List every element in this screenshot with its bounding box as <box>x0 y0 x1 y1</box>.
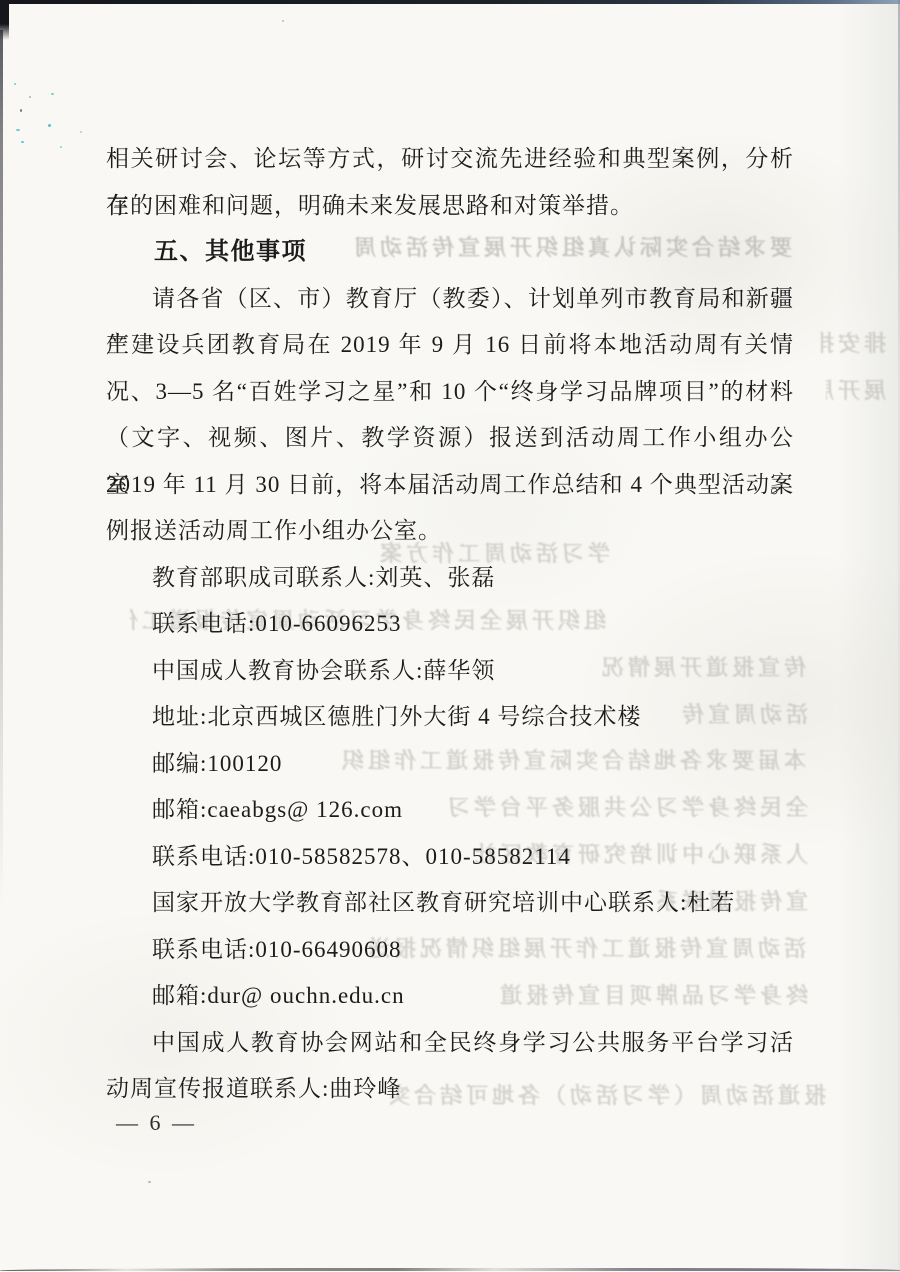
body-line: 请各省（区、市）教育厅（教委）、计划单列市教育局和新疆生 <box>106 276 794 323</box>
scan-left-edge <box>0 30 3 910</box>
body-line: 动周宣传报道联系人:曲玲峰 <box>106 1066 794 1113</box>
scanned-document-page: 要求结合实际认真组织开展宣传活动周 排安排 展开展 学习活动周工作方案 组织开展… <box>0 0 900 1272</box>
body-line: 相关研讨会、论坛等方式，研讨交流先进经验和典型案例，分析存 <box>106 136 794 183</box>
contact-line: 联系电话:010-66490608 <box>106 927 794 974</box>
body-line: 2019 年 11 月 30 日前，将本届活动周工作总结和 4 个典型活动案 <box>106 462 794 509</box>
bleedthrough-text: 展开展 <box>826 377 886 405</box>
body-line: 产建设兵团教育局在 2019 年 9 月 16 日前将本地活动周有关情 <box>106 322 794 369</box>
contact-line: 邮箱:dur@ ouchn.edu.cn <box>106 973 794 1020</box>
contact-line: 地址:北京西城区德胜门外大街 4 号综合技术楼 <box>106 694 794 741</box>
contact-line: 联系电话:010-58582578、010-58582114 <box>106 834 794 881</box>
page-number: — 6 — <box>116 1110 197 1136</box>
bleedthrough-text: 排安排 <box>820 330 886 358</box>
body-line: 例报送活动周工作小组办公室。 <box>106 508 794 555</box>
body-line: 中国成人教育协会网站和全民终身学习公共服务平台学习活 <box>106 1020 794 1067</box>
scan-top-edge <box>0 0 900 4</box>
contact-line: 国家开放大学教育部社区教育研究培训中心联系人:杜若 <box>106 880 794 927</box>
body-line: （文字、视频、图片、教学资源）报送到活动周工作小组办公室。 <box>106 415 794 462</box>
contact-line: 教育部职成司联系人:刘英、张磊 <box>106 555 794 602</box>
contact-line: 邮编:100120 <box>106 741 794 788</box>
contact-line: 中国成人教育协会联系人:薛华领 <box>106 648 794 695</box>
document-body: 相关研讨会、论坛等方式，研讨交流先进经验和典型案例，分析存 在的困难和问题，明确… <box>106 136 794 1113</box>
contact-line: 联系电话:010-66096253 <box>106 601 794 648</box>
body-line: 况、3—5 名“百姓学习之星”和 10 个“终身学习品牌项目”的材料 <box>106 369 794 416</box>
scan-bottom-edge <box>0 1268 900 1271</box>
section-heading: 五、其他事项 <box>106 229 794 276</box>
body-line: 在的困难和问题，明确未来发展思路和对策举措。 <box>106 183 794 230</box>
contact-line: 邮箱:caeabgs@ 126.com <box>106 787 794 834</box>
